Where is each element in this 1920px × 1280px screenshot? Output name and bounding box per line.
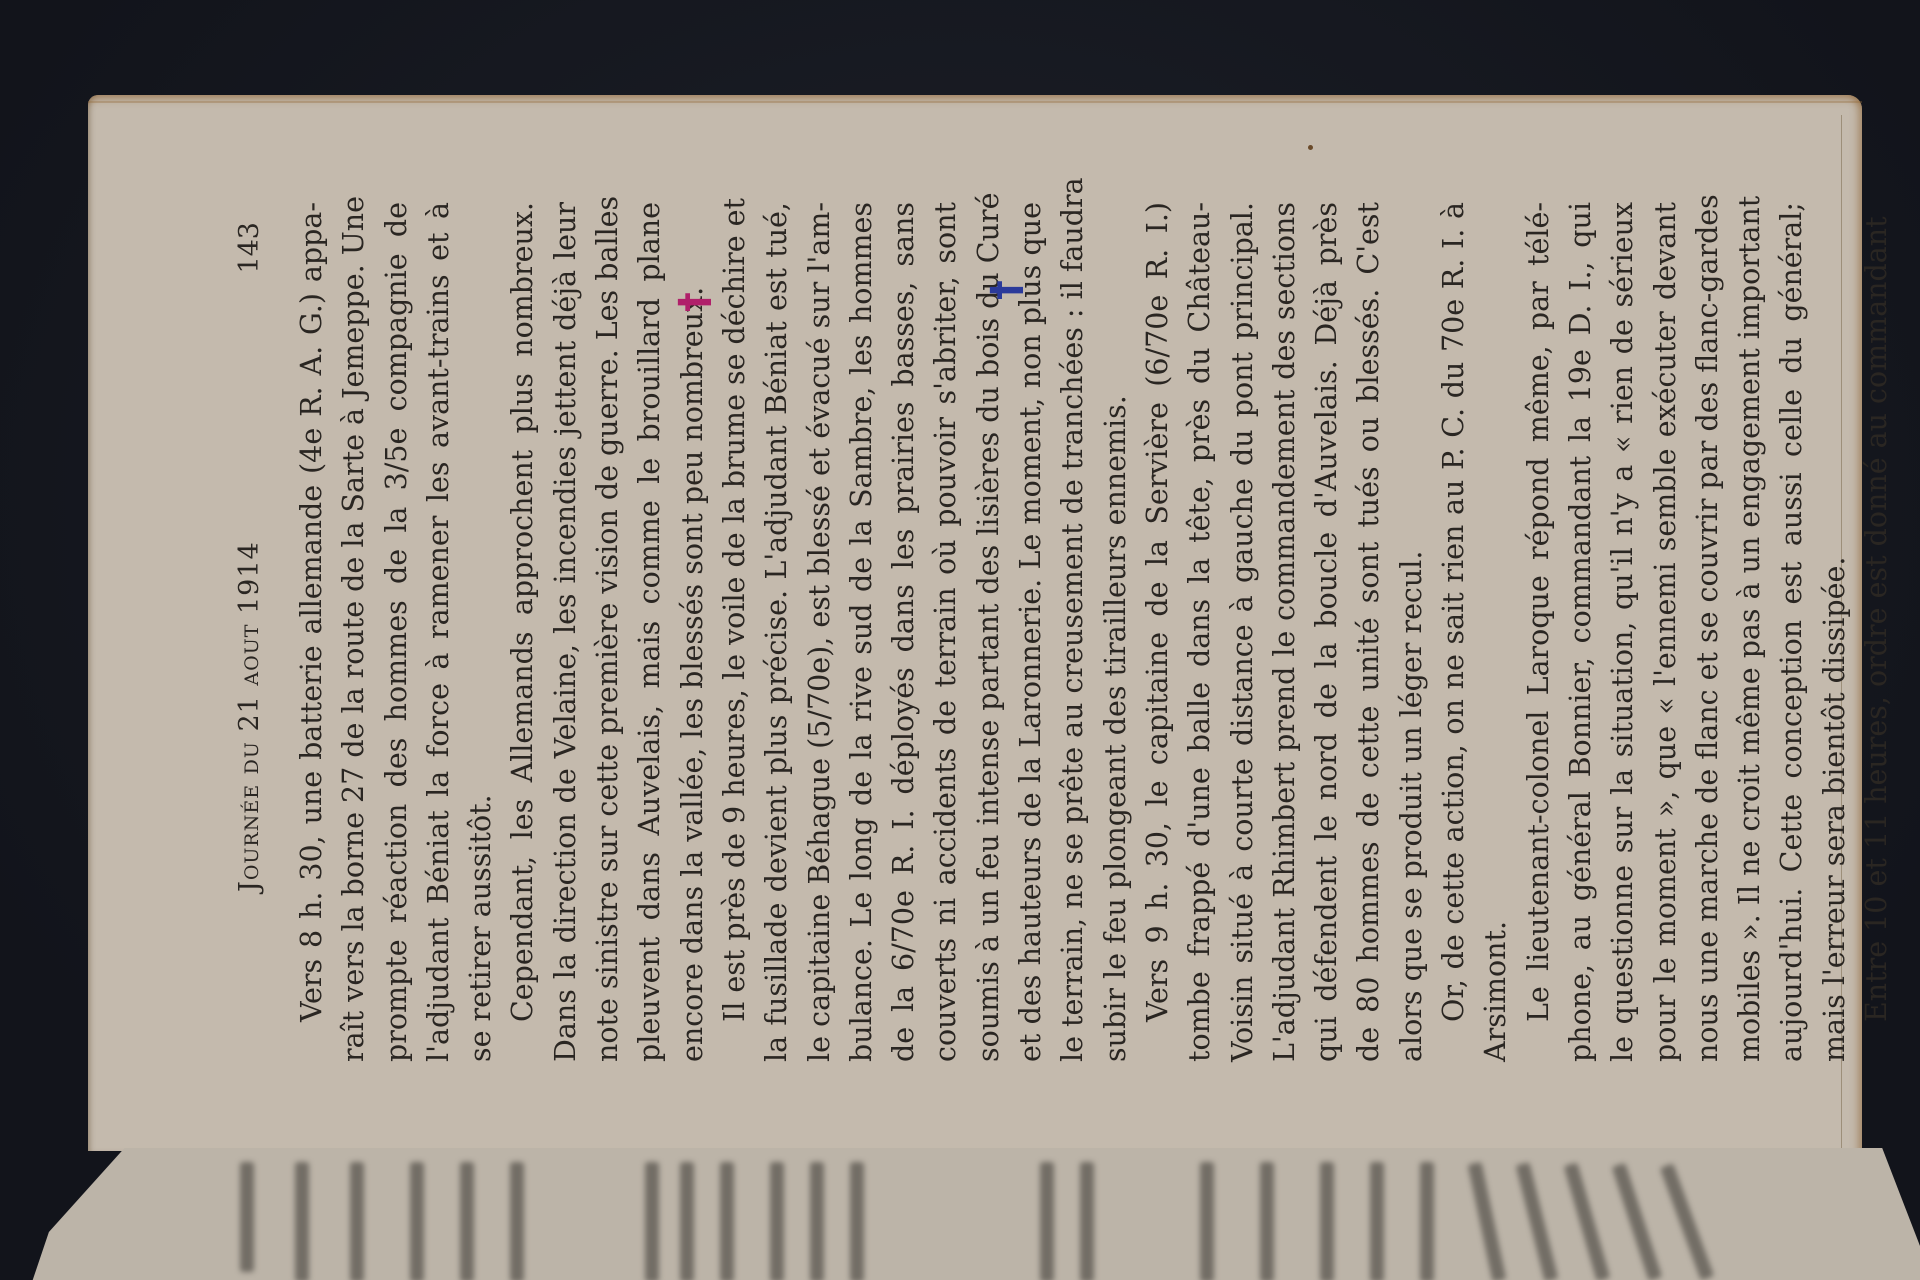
running-header-title: Journée du 21 aout 1914 (229, 541, 271, 892)
text-line: alors que se produit un léger recul. (1391, 202, 1433, 1062)
text-line: Arsimont. (1475, 202, 1517, 1062)
text-line: tombe frappé d'une balle dans la tête, p… (1179, 202, 1221, 1062)
text-line: nous une marche de flanc et se couvrir p… (1687, 202, 1729, 1062)
text-line: l'adjudant Béniat la force à ramener les… (418, 202, 460, 1062)
text-line: raît vers la borne 27 de la route de la … (333, 202, 375, 1062)
text-line: Vers 8 h. 30, une batterie allemande (4e… (291, 202, 333, 1062)
text-line: la fusillade devient plus précise. L'adj… (756, 202, 798, 1062)
page-top-edge (88, 101, 1862, 103)
text-line: mais l'erreur sera bientôt dissipée. (1814, 202, 1856, 1062)
text-line: mobiles ». Il ne croit même pas à un eng… (1729, 202, 1771, 1062)
text-line: de 80 hommes de cette unité sont tués ou… (1348, 202, 1390, 1062)
text-line: couverts ni accidents de terrain où pouv… (925, 202, 967, 1062)
text-line: le capitaine Béhague (5/70e), est blessé… (799, 202, 841, 1062)
text-line: soumis à un feu intense partant des lisi… (968, 202, 1010, 1062)
text-line: subir le feu plongeant des tirailleurs e… (1095, 202, 1137, 1062)
text-line: pour le moment », que « l'ennemi semble … (1645, 202, 1687, 1062)
text-line: Vers 9 h. 30, le capitaine de la Servièr… (1137, 202, 1179, 1062)
text-line: et des hauteurs de la Laronnerie. Le mom… (1010, 202, 1052, 1062)
text-line: Entre 10 et 11 heures, ordre est donné a… (1856, 202, 1898, 1062)
text-line: le terrain, ne se prête au creusement de… (1052, 202, 1094, 1062)
text-line: Il est près de 9 heures, le voile de la … (714, 202, 756, 1062)
text-line: bulance. Le long de la rive sud de la Sa… (841, 202, 883, 1062)
blurred-text (30, 1148, 1920, 1280)
text-line: aujourd'hui. Cette conception est aussi … (1771, 202, 1813, 1062)
paragraph-6: Le lieutenant-colonel Laroque répond mêm… (1518, 202, 1856, 1062)
text-line: qui défendent le nord de la boucle d'Auv… (1306, 202, 1348, 1062)
margin-cross-mark-blue: † (986, 280, 1026, 300)
underlying-blurred-page (30, 1148, 1920, 1280)
paragraph-7: Entre 10 et 11 heures, ordre est donné a… (1856, 202, 1898, 1062)
text-line: Le lieutenant-colonel Laroque répond mêm… (1518, 202, 1560, 1062)
running-header: Journée du 21 aout 1914 143 (229, 202, 271, 1062)
text-line: Cependant, les Allemands approchent plus… (502, 202, 544, 1062)
text-line: Or, de cette action, on ne sait rien au … (1433, 202, 1475, 1062)
paragraph-2: Cependant, les Allemands approchent plus… (502, 202, 713, 1062)
text-line: Voisin situé à courte distance à gauche … (1222, 202, 1264, 1062)
text-line: Dans la direction de Velaine, les incend… (545, 202, 587, 1062)
paragraph-1: Vers 8 h. 30, une batterie allemande (4e… (291, 202, 502, 1062)
text-line: pleuvent dans Auvelais, mais comme le br… (629, 202, 671, 1062)
text-line: se retirer aussitôt. (460, 202, 502, 1062)
margin-cross-mark-magenta: † (674, 292, 714, 312)
text-line: de la 6/70e R. I. déployés dans les prai… (883, 202, 925, 1062)
page-text-block: Journée du 21 aout 1914 143 Vers 8 h. 30… (229, 202, 1898, 1062)
paragraph-3: Il est près de 9 heures, le voile de la … (714, 202, 1137, 1062)
page-number: 143 (229, 222, 271, 274)
paragraph-5: Or, de cette action, on ne sait rien au … (1433, 202, 1518, 1062)
paragraph-4: Vers 9 h. 30, le capitaine de la Servièr… (1137, 202, 1433, 1062)
text-line: note sinistre sur cette première vision … (587, 202, 629, 1062)
text-line: le questionne sur la situation, qu'il n'… (1602, 202, 1644, 1062)
text-line: prompte réaction des hommes de la 3/5e c… (376, 202, 418, 1062)
paper-speck (1308, 145, 1313, 150)
text-line: encore dans la vallée, les blessés sont … (672, 202, 714, 1062)
text-line: L'adjudant Rhimbert prend le commandemen… (1264, 202, 1306, 1062)
text-line: phone, au général Bonnier, commandant la… (1560, 202, 1602, 1062)
